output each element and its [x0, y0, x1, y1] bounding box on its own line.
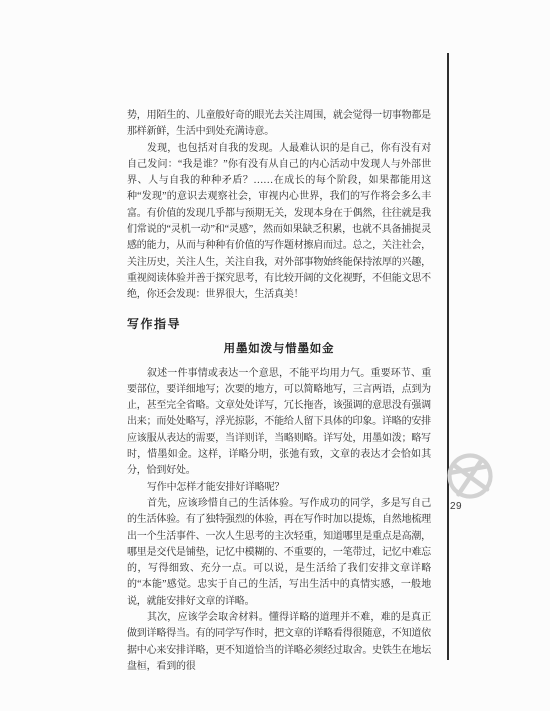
page-number: 29	[450, 501, 462, 512]
book-page: 势，用陌生的、儿童般好奇的眼光去关注周围，就会觉得一切事物都是那样新鲜，生活中到…	[0, 0, 550, 711]
wen-seal-watermark-icon	[446, 452, 494, 500]
paragraph-second-point: 其次，应该学会取舍材料。懂得详略的道理并不难，难的是真正做到详略得当。有的同学写…	[127, 610, 431, 675]
paragraph-first-point: 首先，应该珍惜自己的生活体验。写作成功的同学，多是写自己的生活体验。有了独特强烈…	[127, 496, 431, 610]
paragraph-narration: 叙述一件事情或表达一个意思，不能平均用力气。重要环节、重要部位，要详细地写；次要…	[127, 366, 431, 480]
article-title: 用墨如泼与惜墨如金	[127, 342, 431, 356]
paragraph-continuation: 势，用陌生的、儿童般好奇的眼光去关注周围，就会觉得一切事物都是那样新鲜，生活中到…	[127, 108, 431, 141]
page-margin-rule	[447, 53, 449, 660]
paragraph-question: 写作中怎样才能安排好详略呢？	[127, 480, 431, 496]
paragraph-discovery: 发现，也包括对自我的发现。人最难认识的是自己，你有没有对自己发问：“我是谁？”你…	[127, 141, 431, 304]
text-column: 势，用陌生的、儿童般好奇的眼光去关注周围，就会觉得一切事物都是那样新鲜，生活中到…	[127, 108, 431, 675]
section-heading: 写作指导	[127, 317, 431, 331]
